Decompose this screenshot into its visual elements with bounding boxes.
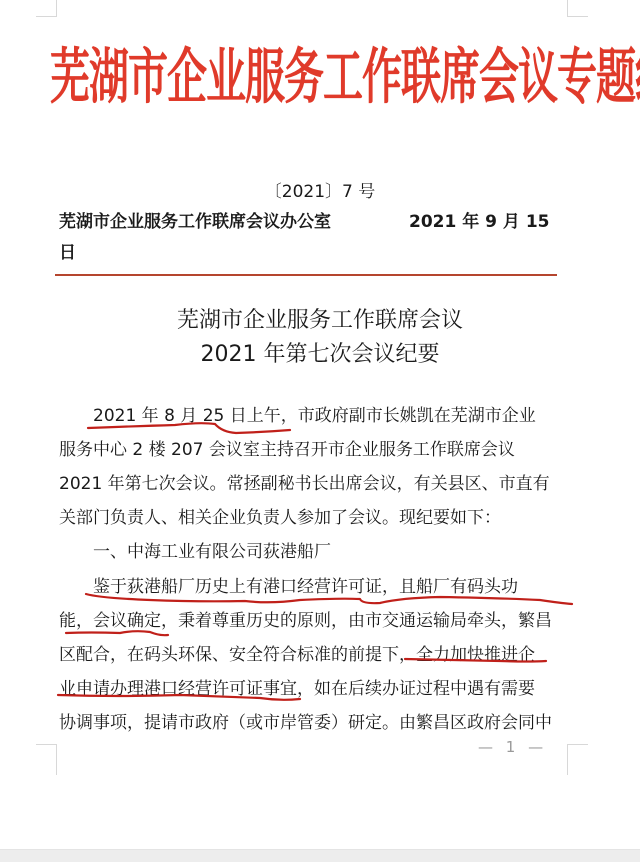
body-paragraph-line: 能，会议确定，秉着尊重历史的原则，由市交通运输局牵头，繁昌 <box>59 609 559 633</box>
crop-mark-top-left <box>36 0 57 17</box>
body-text: ，秉着尊重历史的原则，由市交通运输局牵头，繁昌 <box>161 611 552 631</box>
page-number: — 1 — <box>478 738 547 756</box>
body-paragraph-line: 鉴于荻港船厂历史上有港口经营许可证，且船厂有码头功 <box>59 575 593 599</box>
body-paragraph-line: 业申请办理港口经营许可证事宜，如在后续办证过程中遇有需要 <box>59 677 559 701</box>
body-text: 关部门负责人、相关企业负责人参加了会议。现纪要如下： <box>59 508 501 528</box>
body-text: 服务中心 2 楼 207 会议室主持召开市企业服务工作联席会议 <box>59 440 515 460</box>
body-paragraph-line: 2021 年 8 月 25 日上午，市政府副市长姚凯在芜湖市企业 <box>59 404 593 428</box>
section-heading-text: 一、中海工业有限公司荻港船厂 <box>93 542 331 562</box>
highlighted-text: 业申请办理港口经营许可证事宜 <box>59 679 297 699</box>
crop-mark-top-right <box>567 0 588 17</box>
highlighted-text: 能，会议确定 <box>59 611 161 631</box>
meeting-title-line-1: 芜湖市企业服务工作联席会议 <box>0 306 640 336</box>
document-number: 〔2021〕7 号 <box>0 181 640 203</box>
highlighted-text: 全力加快推进企 <box>416 645 535 665</box>
body-text: ，如在后续办证过程中遇有需要 <box>297 679 535 699</box>
red-header-title: 芜湖市企业服务工作联席会议专题纪要 <box>50 21 570 135</box>
highlighted-text: 2021 年 8 月 25 日上午 <box>93 406 281 426</box>
body-paragraph-line: 协调事项，提请市政府（或市岸管委）研定。由繁昌区政府会同中 <box>59 711 559 735</box>
red-divider-rule <box>55 274 557 276</box>
highlighted-text: 鉴于荻港船厂历史上有港口经营许可证，且船厂有码头功 <box>93 577 518 597</box>
body-text: 2021 年第七次会议。常拯副秘书长出席会议，有关县区、市直有 <box>59 474 550 494</box>
body-text: ，市政府副市长姚凯在芜湖市企业 <box>281 406 536 426</box>
issuer-row: 芜湖市企业服务工作联席会议办公室 2021 年 9 月 15 <box>59 211 579 233</box>
issue-date: 2021 年 9 月 15 <box>409 211 549 233</box>
body-paragraph-line: 2021 年第七次会议。常拯副秘书长出席会议，有关县区、市直有 <box>59 472 559 496</box>
body-paragraph-line: 服务中心 2 楼 207 会议室主持召开市企业服务工作联席会议 <box>59 438 559 462</box>
body-paragraph-line: 关部门负责人、相关企业负责人参加了会议。现纪要如下： <box>59 506 559 530</box>
document-page: 芜湖市企业服务工作联席会议专题纪要 〔2021〕7 号 芜湖市企业服务工作联席会… <box>0 0 640 864</box>
crop-mark-bottom-left <box>36 744 57 775</box>
body-text: 协调事项，提请市政府（或市岸管委）研定。由繁昌区政府会同中 <box>59 713 552 733</box>
meeting-title-line-2: 2021 年第七次会议纪要 <box>0 340 640 370</box>
body-paragraph-line: 区配合，在码头环保、安全符合标准的前提下，全力加快推进企 <box>59 643 559 667</box>
page-bottom-band <box>0 849 640 862</box>
issue-date-day: 日 <box>59 242 76 264</box>
body-text: 区配合，在码头环保、安全符合标准的前提下， <box>59 645 416 665</box>
section-heading: 一、中海工业有限公司荻港船厂 <box>59 540 593 564</box>
crop-mark-bottom-right <box>567 744 588 775</box>
issuer-name: 芜湖市企业服务工作联席会议办公室 <box>59 211 331 233</box>
